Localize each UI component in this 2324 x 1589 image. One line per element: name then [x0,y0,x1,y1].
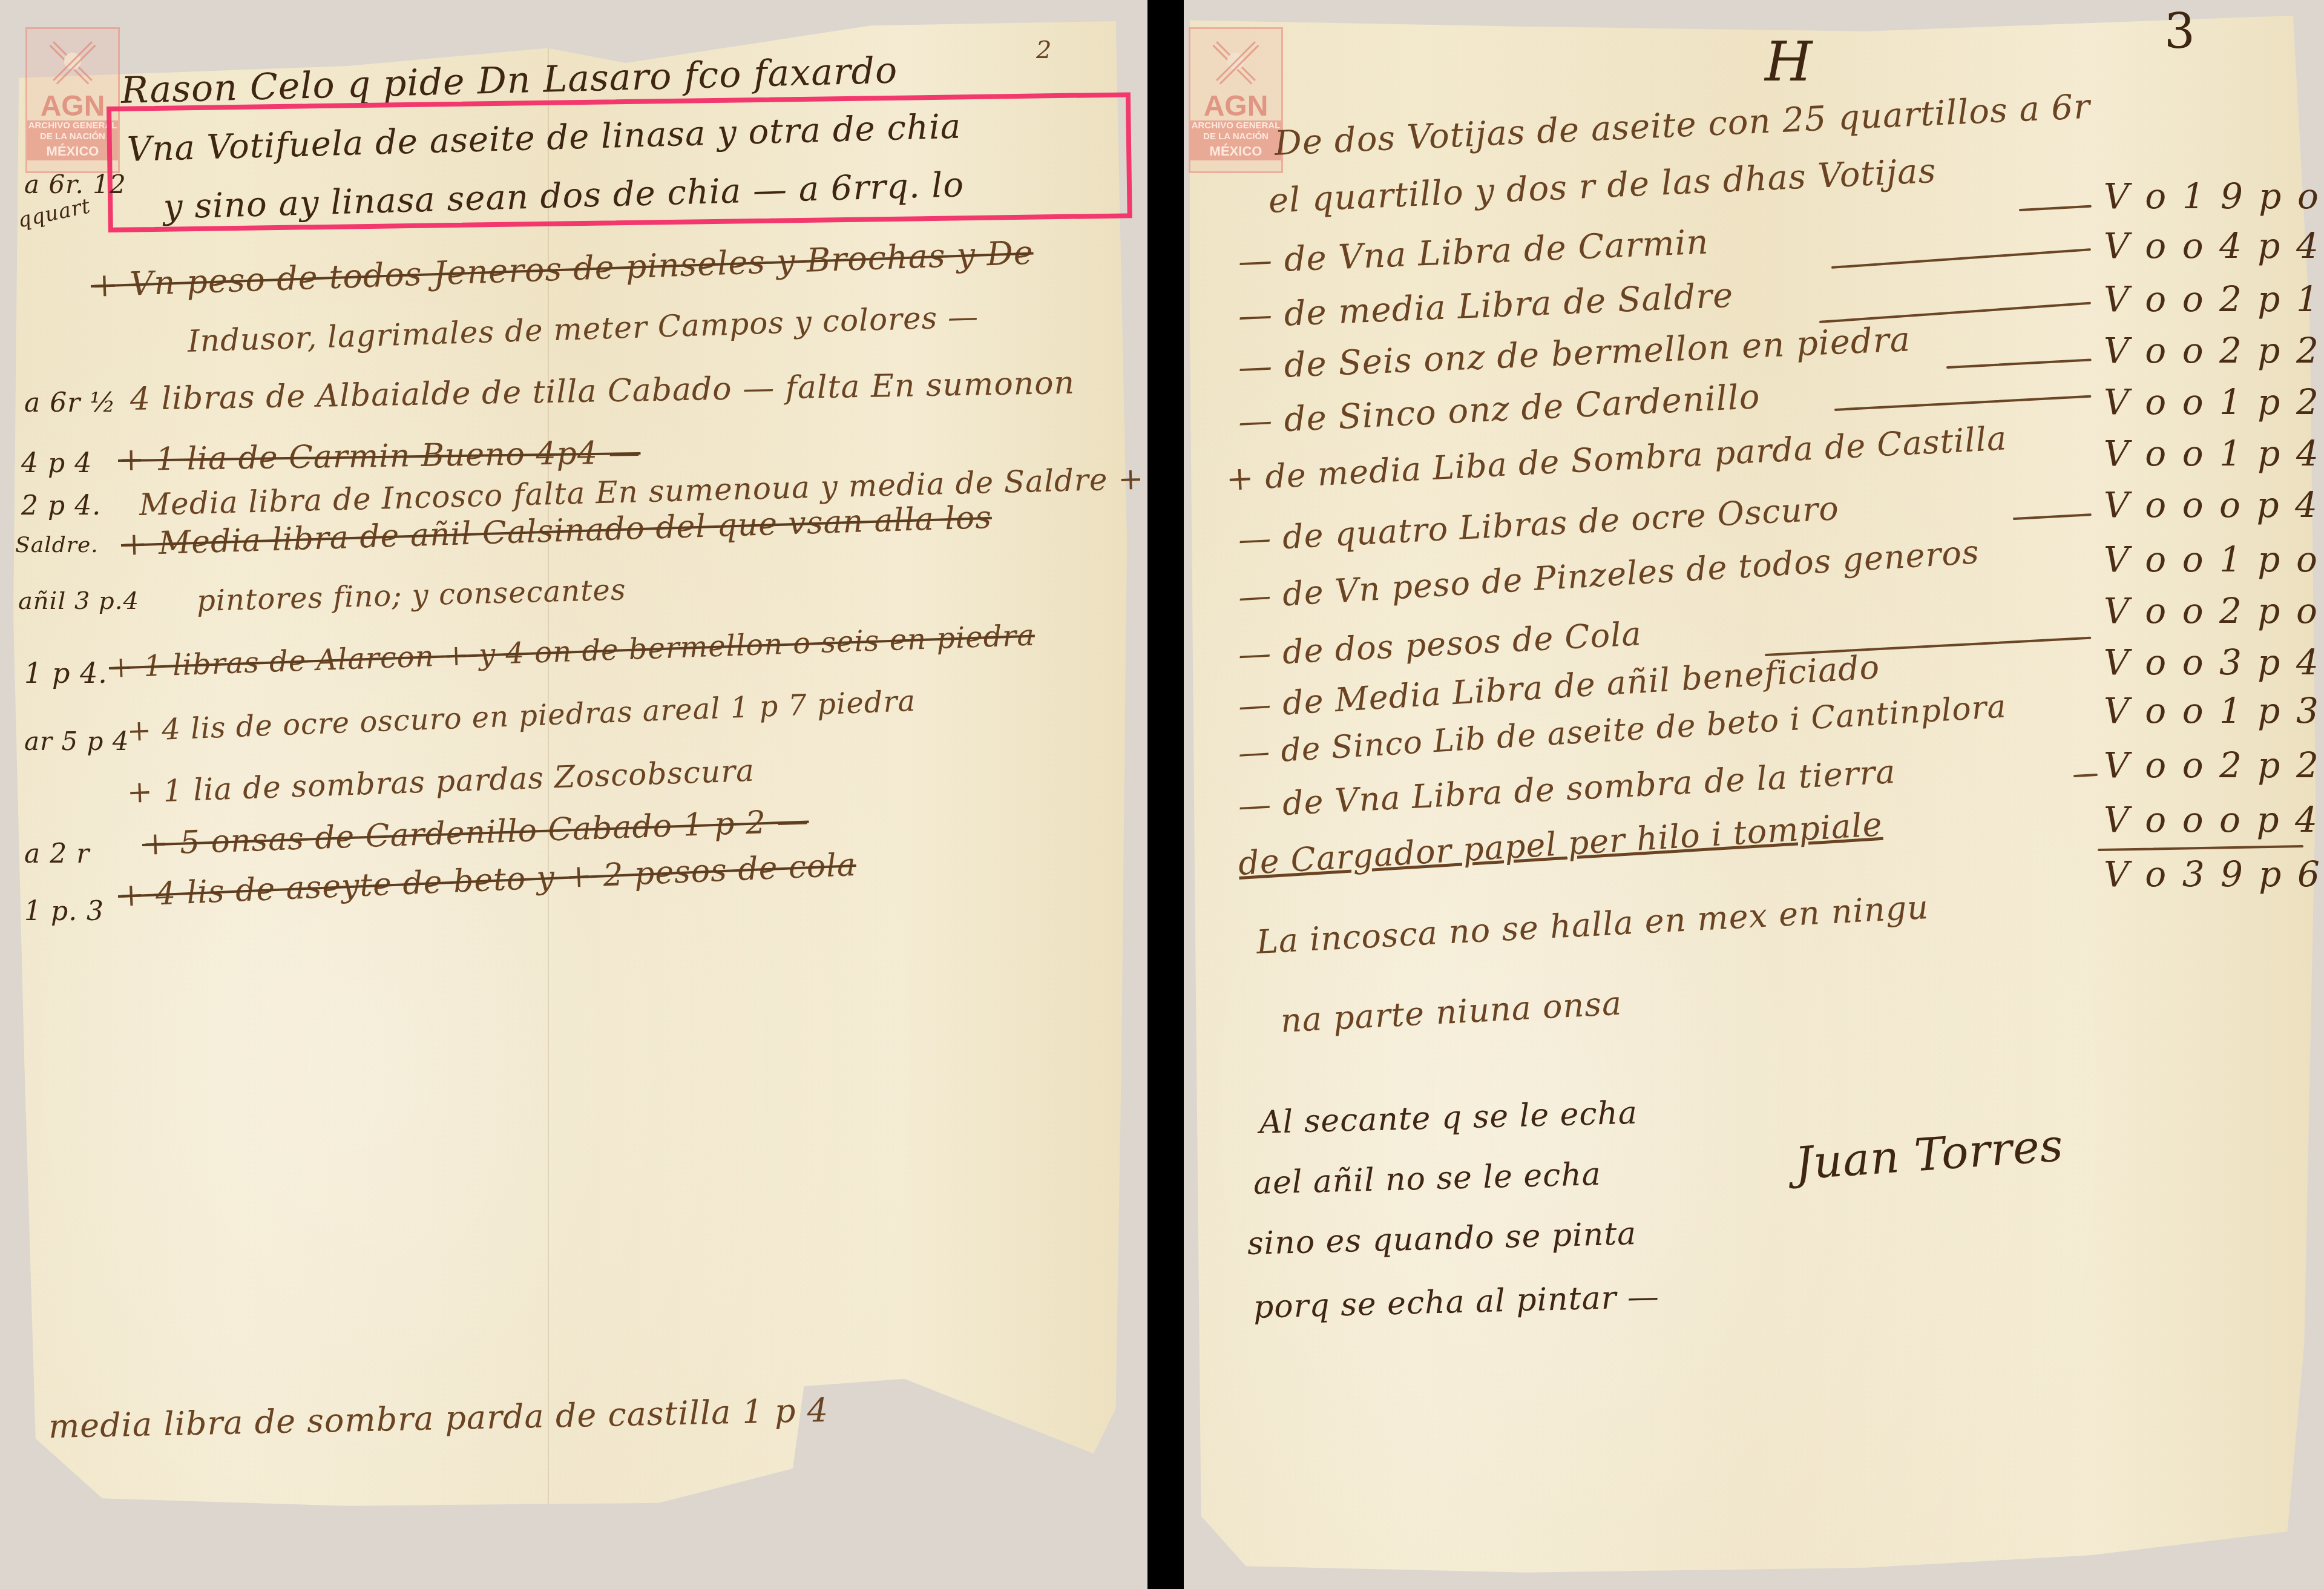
text-line: + 1 lia de Carmin Bueno 4p4 — [118,435,641,478]
margin-note: a 6r ½ [24,387,116,418]
ledger-amount: V o o o p 4 [2104,484,2320,525]
watermark-logo: AGN [27,93,118,120]
ledger-amount: V o o 2 p 2 [2104,745,2321,786]
agn-watermark: AGN ARCHIVO GENERAL DE LA NACIÓN MÉXICO [25,27,120,173]
margin-note: Saldre. [15,533,99,558]
sun-emblem-icon [27,29,118,93]
watermark-line2: DE LA NACIÓN [1190,131,1281,142]
ledger-amount: V o o 3 p 4 [2104,642,2321,683]
watermark-country: MÉXICO [1190,142,1281,160]
margin-note: a 2 r [24,838,90,869]
watermark-country: MÉXICO [27,142,118,160]
page-divider [1147,0,1184,1589]
sun-emblem-icon [1190,29,1281,93]
margin-note: ar 5 p 4 [24,726,130,756]
ledger-total: V o 3 9 p 6 ½ [2104,854,2324,895]
ledger-amount: V o o 2 p o [2104,590,2320,631]
ledger-amount: V o o 2 p 1 [2104,278,2321,320]
ledger-amount: V o o o p 4 ½ [2104,799,2324,840]
margin-note: 1 p 4. [24,657,108,689]
ledger-amount: V o o 1 p 3 [2104,690,2321,731]
right-page-panel: AGN ARCHIVO GENERAL DE LA NACIÓN MÉXICO … [1184,0,2324,1589]
ledger-amount: V o o 1 p 4 [2104,433,2321,474]
left-page-panel: AGN ARCHIVO GENERAL DE LA NACIÓN MÉXICO … [0,0,1147,1589]
corner-number: 2 [1036,36,1052,64]
ledger-amount: V o o 1 p 2 [2104,381,2321,423]
ledger-amount: V o o 2 p 2 [2104,330,2321,371]
watermark-line1: ARCHIVO GENERAL [1190,120,1281,131]
watermark-line2: DE LA NACIÓN [27,131,118,142]
watermark-logo: AGN [1190,93,1281,120]
agn-watermark: AGN ARCHIVO GENERAL DE LA NACIÓN MÉXICO [1189,27,1283,173]
ledger-amount: V o o 4 p 4 [2104,225,2321,266]
ledger-amount: V o o 1 p o [2104,539,2320,580]
margin-note: añil 3 p.4 [18,587,139,615]
margin-note: 4 p 4 [21,448,92,479]
margin-note: a 6r. 12 [24,169,126,199]
watermark-line1: ARCHIVO GENERAL [27,120,118,131]
ledger-amount: V o 1 9 p o [2104,176,2321,217]
margin-note: 1 p. 3 [24,896,104,927]
page-number: 3 [2164,3,2196,59]
heading-mark: H [1765,30,1813,94]
margin-note: 2 p 4. [21,490,101,521]
